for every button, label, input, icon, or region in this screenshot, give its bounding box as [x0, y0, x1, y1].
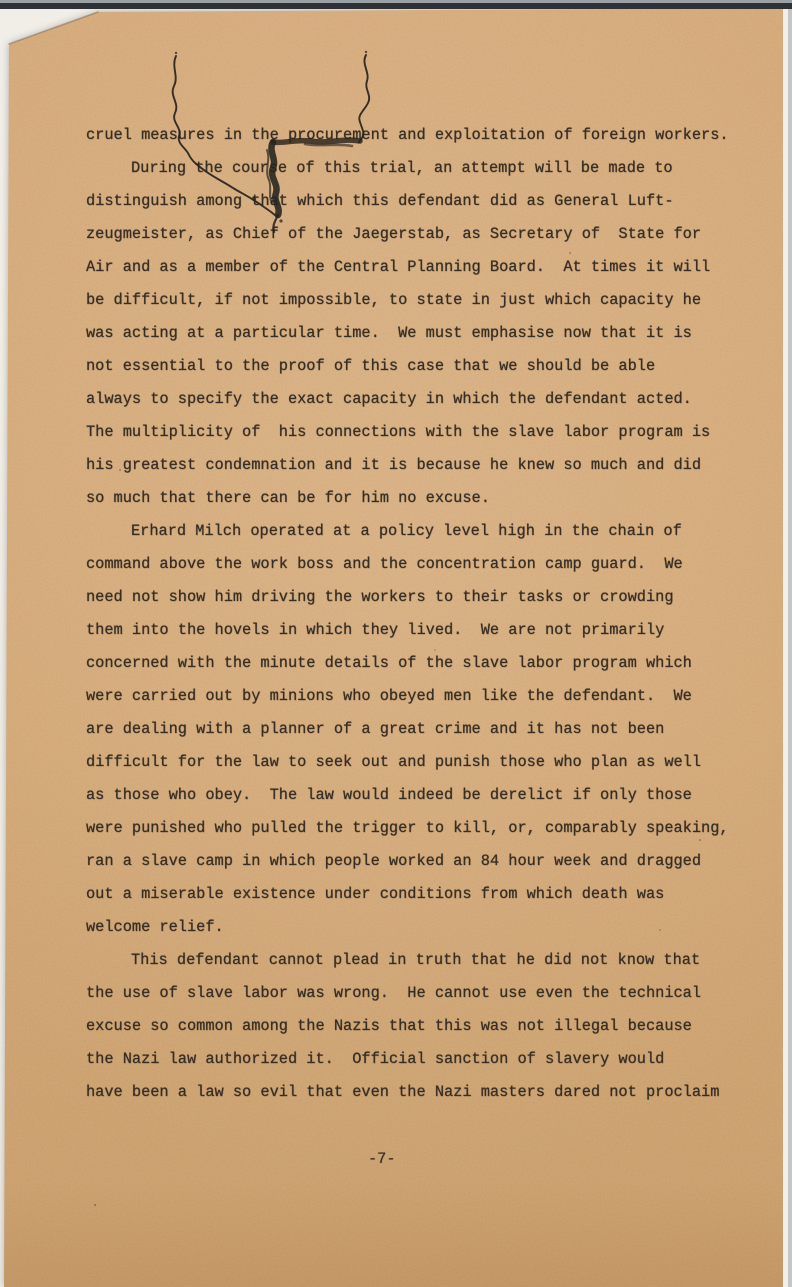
text-line: so much that there can be for him no exc… [86, 482, 766, 515]
text-line: be difficult, if not impossible, to stat… [86, 284, 766, 317]
text-line: zeugmeister, as Chief of the Jaegerstab,… [86, 218, 766, 251]
text-line: need not show him driving the workers to… [86, 581, 766, 614]
text-line: the use of slave labor was wrong. He can… [86, 977, 766, 1010]
text-line: out a miserable existence under conditio… [86, 878, 766, 911]
text-line: During the course of this trial, an atte… [86, 152, 766, 185]
document-page: cruel measures in the procurement and ex… [0, 0, 792, 1287]
text-line: concerned with the minute details of the… [86, 647, 766, 680]
text-line: them into the hovels in which they lived… [86, 614, 766, 647]
text-line: excuse so common among the Nazis that th… [86, 1010, 766, 1043]
text-line: are dealing with a planner of a great cr… [86, 713, 766, 746]
text-line: always to specify the exact capacity in … [86, 383, 766, 416]
document-text: cruel measures in the procurement and ex… [86, 119, 766, 1109]
text-line: ran a slave camp in which people worked … [86, 845, 766, 878]
text-line: have been a law so evil that even the Na… [86, 1076, 766, 1109]
text-line: the Nazi law authorized it. Official san… [86, 1043, 766, 1076]
text-line: was acting at a particular time. We must… [86, 317, 766, 350]
text-line: The multiplicity of his connections with… [86, 416, 766, 449]
scan-background: cruel measures in the procurement and ex… [0, 0, 792, 1287]
text-line: not essential to the proof of this case … [86, 350, 766, 383]
text-line: welcome relief. [86, 911, 766, 944]
text-line: cruel measures in the procurement and ex… [86, 119, 766, 152]
page-number: -7- [368, 1143, 396, 1176]
text-line: as those who obey. The law would indeed … [86, 779, 766, 812]
text-line: This defendant cannot plead in truth tha… [86, 944, 766, 977]
text-line: were punished who pulled the trigger to … [86, 812, 766, 845]
text-line: difficult for the law to seek out and pu… [86, 746, 766, 779]
scanner-edge-top [0, 0, 792, 9]
text-line: Air and as a member of the Central Plann… [86, 251, 766, 284]
text-line: command above the work boss and the conc… [86, 548, 766, 581]
text-line: were carried out by minions who obeyed m… [86, 680, 766, 713]
text-line: Erhard Milch operated at a policy level … [86, 515, 766, 548]
document-page-wrap: cruel measures in the procurement and ex… [0, 0, 792, 1287]
text-line: distinguish among that which this defend… [86, 185, 766, 218]
text-line: his greatest condemnation and it is beca… [86, 449, 766, 482]
scanner-edge-right [783, 0, 792, 1287]
